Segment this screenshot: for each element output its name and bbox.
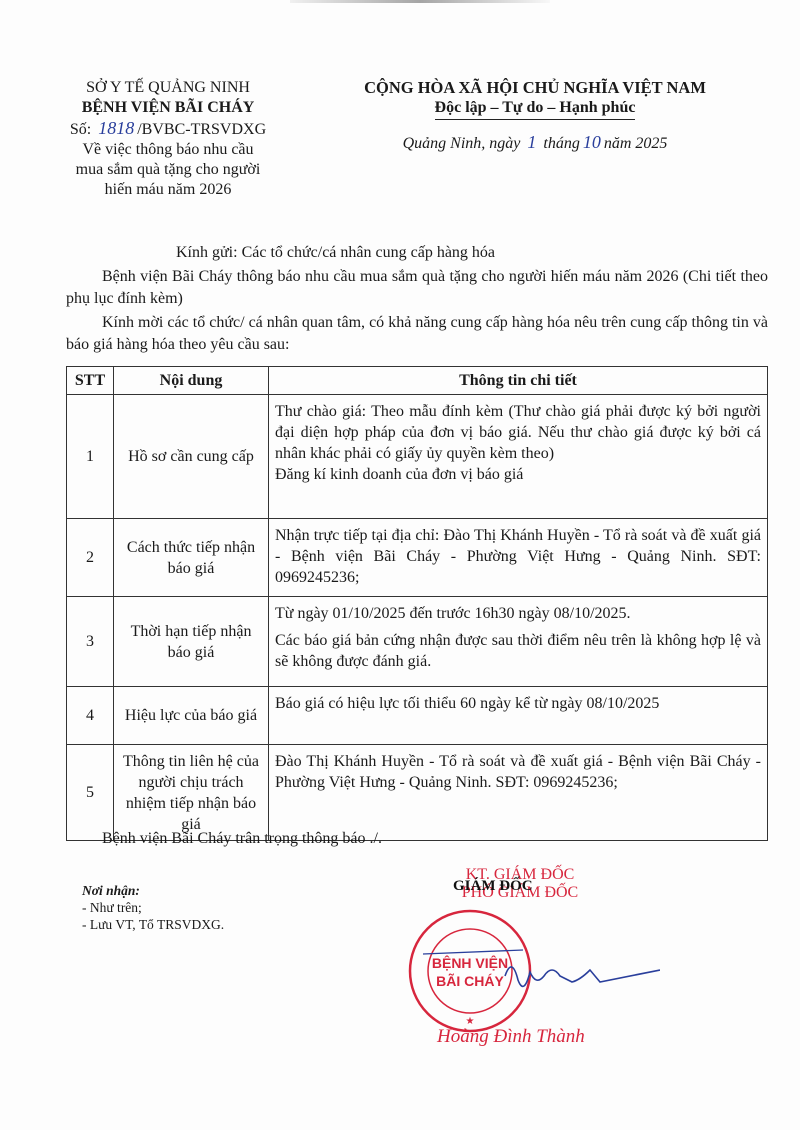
row-details: Nhận trực tiếp tại địa chỉ: Đào Thị Khán… — [269, 519, 768, 597]
row-stt: 1 — [67, 395, 114, 519]
row-stt: 3 — [67, 597, 114, 687]
detail-text: Thư chào giá: Theo mẫu đính kèm (Thư chà… — [275, 401, 761, 464]
row-details: Đào Thị Khánh Huyền - Tổ rà soát và đề x… — [269, 745, 768, 841]
detail-text: Nhận trực tiếp tại địa chỉ: Đào Thị Khán… — [275, 525, 761, 588]
subject-line-2: mua sắm quà tặng cho người — [48, 160, 288, 180]
table-row: 2 Cách thức tiếp nhận báo giá Nhận trực … — [67, 519, 768, 597]
detail-text: Báo giá có hiệu lực tối thiểu 60 ngày kể… — [275, 693, 761, 714]
detail-text: Đăng kí kinh doanh của đơn vị báo giá — [275, 464, 761, 485]
doc-no-suffix: /BVBC-TRSVDXG — [137, 121, 266, 138]
recipient-item: - Như trên; — [82, 899, 224, 916]
row-details: Báo giá có hiệu lực tối thiểu 60 ngày kể… — [269, 687, 768, 745]
paragraph-2: Kính mời các tổ chức/ cá nhân quan tâm, … — [66, 312, 768, 356]
table-row: 1 Hồ sơ cần cung cấp Thư chào giá: Theo … — [67, 395, 768, 519]
day-handwritten: 1 — [524, 132, 539, 152]
printed-title: GIÁM ĐỐC — [453, 878, 533, 895]
row-content: Hồ sơ cần cung cấp — [114, 395, 269, 519]
year-text: năm 2025 — [604, 135, 668, 152]
letter-body: Kính gửi: Các tổ chức/cá nhân cung cấp h… — [66, 242, 768, 356]
table-header-row: STT Nội dung Thông tin chi tiết — [67, 367, 768, 395]
hospital-name: BỆNH VIỆN BÃI CHÁY — [48, 98, 288, 118]
paragraph-1: Bệnh viện Bãi Cháy thông báo nhu cầu mua… — [66, 266, 768, 310]
row-stt: 2 — [67, 519, 114, 597]
seal-text-2: BÃI CHÁY — [436, 972, 504, 989]
doc-no-handwritten: 1818 — [95, 118, 137, 138]
month-label: tháng — [543, 135, 579, 152]
detail-text: Các báo giá bản cứng nhận được sau thời … — [275, 630, 761, 672]
header-content: Nội dung — [114, 367, 269, 395]
row-stt: 4 — [67, 687, 114, 745]
recipients-block: Nơi nhận: - Như trên; - Lưu VT, Tổ TRSVD… — [82, 882, 224, 933]
row-content: Hiệu lực của báo giá — [114, 687, 269, 745]
month-handwritten: 10 — [580, 132, 604, 152]
row-details: Thư chào giá: Theo mẫu đính kèm (Thư chà… — [269, 395, 768, 519]
seal-text-1: BỆNH VIỆN — [432, 954, 508, 971]
motto: Độc lập – Tự do – Hạnh phúc — [435, 98, 636, 120]
detail-text: Đào Thị Khánh Huyền - Tổ rà soát và đề x… — [275, 751, 761, 793]
subject-line-1: Về việc thông báo nhu cầu — [48, 140, 288, 160]
recipient-item: - Lưu VT, Tổ TRSVDXG. — [82, 916, 224, 933]
date-prefix: Quảng Ninh, ngày — [403, 135, 521, 152]
table-row: 3 Thời hạn tiếp nhận báo giá Từ ngày 01/… — [67, 597, 768, 687]
row-content: Thông tin liên hệ của người chịu trách n… — [114, 745, 269, 841]
header-details: Thông tin chi tiết — [269, 367, 768, 395]
scan-artifact — [290, 0, 550, 3]
authority-name: SỞ Y TẾ QUẢNG NINH — [48, 78, 288, 98]
signature-block: KT. GIÁM ĐỐC PHÓ GIÁM ĐỐC GIÁM ĐỐC BỆNH … — [405, 866, 605, 1056]
row-content: Thời hạn tiếp nhận báo giá — [114, 597, 269, 687]
recipients-title: Nơi nhận: — [82, 882, 224, 899]
addressee: Kính gửi: Các tổ chức/cá nhân cung cấp h… — [66, 242, 768, 264]
row-details: Từ ngày 01/10/2025 đến trước 16h30 ngày … — [269, 597, 768, 687]
doc-no-label: Số: — [70, 121, 91, 138]
table-row: 5 Thông tin liên hệ của người chịu trách… — [67, 745, 768, 841]
closing-line: Bệnh viện Bãi Cháy trân trọng thông báo … — [102, 830, 382, 848]
detail-text: Từ ngày 01/10/2025 đến trước 16h30 ngày … — [275, 603, 761, 624]
issuer-header: SỞ Y TẾ QUẢNG NINH BỆNH VIỆN BÃI CHÁY Số… — [48, 78, 288, 200]
header-stt: STT — [67, 367, 114, 395]
document-number: Số: 1818/BVBC-TRSVDXG — [48, 118, 288, 140]
national-header: CỘNG HÒA XÃ HỘI CHỦ NGHĨA VIỆT NAM Độc l… — [330, 78, 740, 154]
requirements-table: STT Nội dung Thông tin chi tiết 1 Hồ sơ … — [66, 366, 768, 841]
row-stt: 5 — [67, 745, 114, 841]
subject-line-3: hiến máu năm 2026 — [48, 180, 288, 200]
row-content: Cách thức tiếp nhận báo giá — [114, 519, 269, 597]
handwritten-signature-icon — [500, 946, 660, 1006]
nation-title: CỘNG HÒA XÃ HỘI CHỦ NGHĨA VIỆT NAM — [330, 78, 740, 98]
table-row: 4 Hiệu lực của báo giá Báo giá có hiệu l… — [67, 687, 768, 745]
issue-date: Quảng Ninh, ngày 1 tháng10năm 2025 — [330, 132, 740, 154]
signer-name: Hoàng Đình Thành — [437, 1026, 585, 1048]
